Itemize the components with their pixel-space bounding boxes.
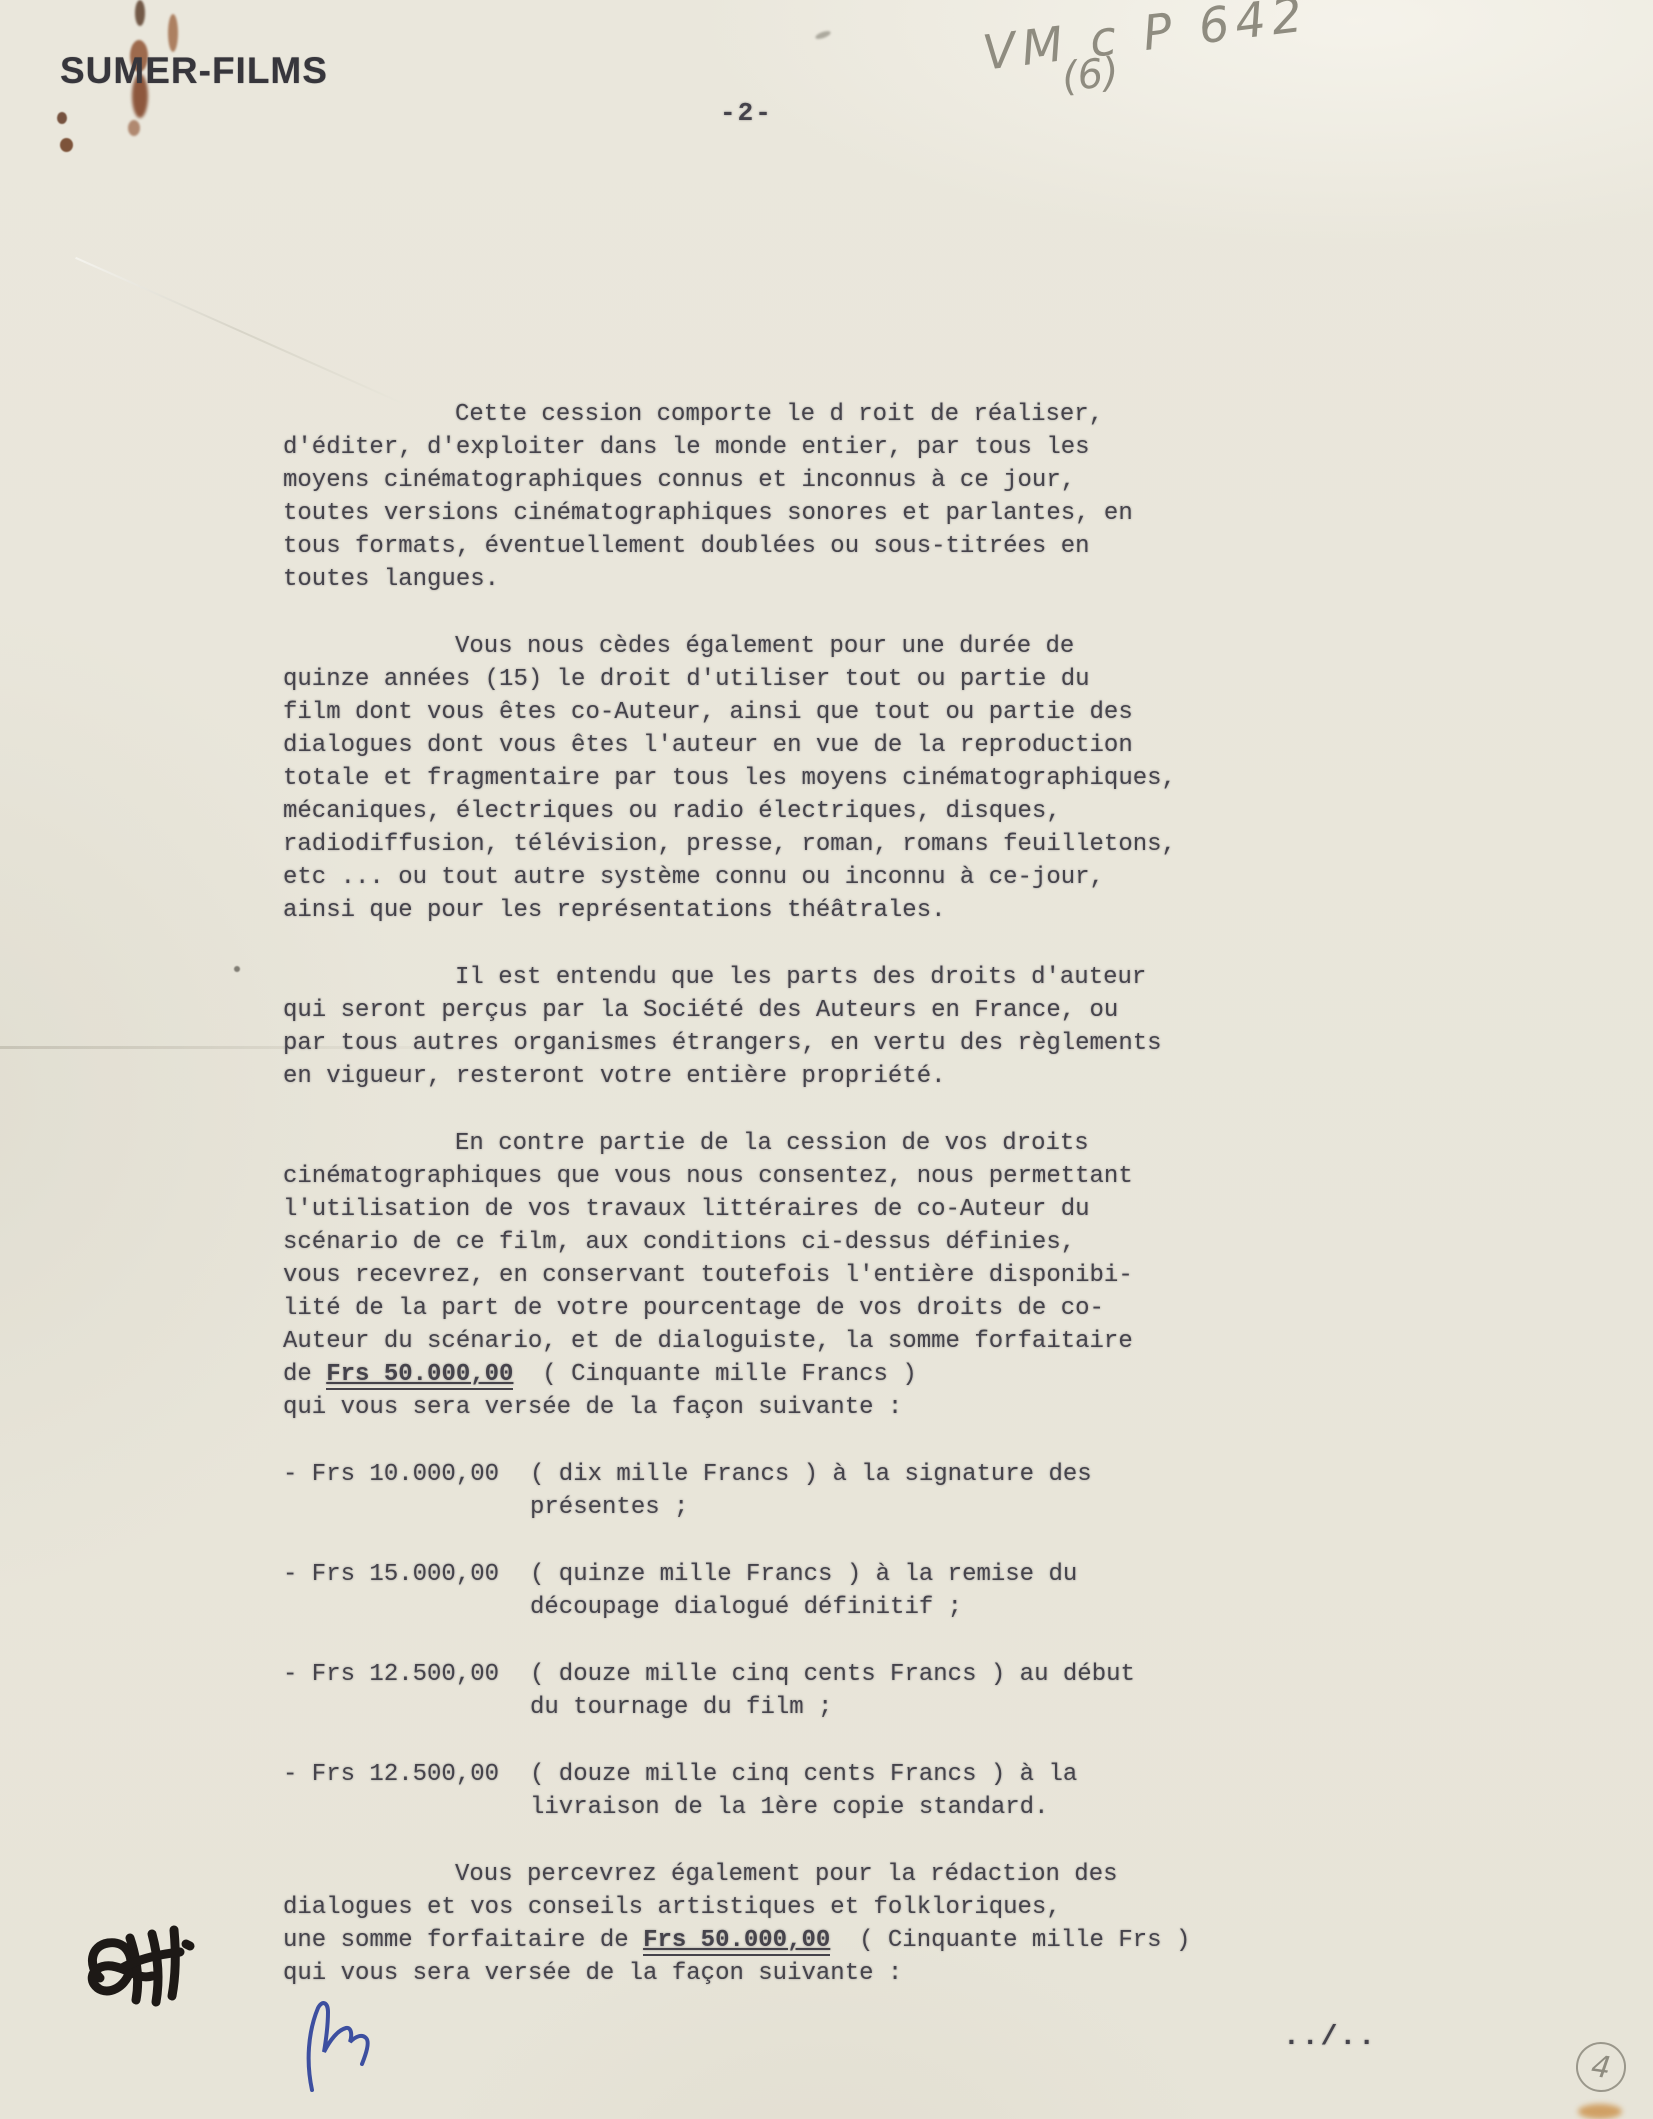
text-line: En contre partie de la cession de vos dr…	[283, 1127, 1218, 1160]
text-segment: mécaniques, électriques ou radio électri…	[283, 798, 1061, 825]
ink-stain	[128, 120, 140, 136]
pencil-circled-page-number: 4	[1573, 2039, 1629, 2095]
text-segment: par tous autres organismes étrangers, en…	[283, 1030, 1162, 1057]
text-segment: quinze années (15) le droit d'utiliser t…	[283, 666, 1090, 693]
text-line: l'utilisation de vos travaux littéraires…	[283, 1193, 1218, 1226]
text-segment: qui seront perçus par la Société des Aut…	[283, 997, 1118, 1024]
handwritten-initial-blue	[298, 1992, 388, 2097]
text-segment: en vigueur, resteront votre entière prop…	[283, 1063, 946, 1090]
text-segment: ( Cinquante mille Frs )	[830, 1927, 1190, 1954]
payment-description: ( quinze mille Francs ) à la remise dudé…	[530, 1558, 1218, 1624]
text-segment: etc ... ou tout autre système connu ou i…	[283, 864, 1104, 891]
text-line: ( douze mille cinq cents Francs ) à la	[530, 1758, 1218, 1791]
paragraph: Cette cession comporte le d roit de réal…	[283, 398, 1218, 596]
text-segment: moyens cinématographiques connus et inco…	[283, 467, 1075, 494]
page-number: -2-	[720, 98, 773, 128]
text-segment: une somme forfaitaire de	[283, 1927, 643, 1954]
text-line: Il est entendu que les parts des droits …	[283, 961, 1218, 994]
text-line: vous recevrez, en conservant toutefois l…	[283, 1259, 1218, 1292]
text-line: une somme forfaitaire de Frs 50.000,00 (…	[283, 1924, 1218, 1957]
ink-stain	[60, 138, 73, 152]
payment-item: - Frs 12.500,00( douze mille cinq cents …	[283, 1658, 1218, 1724]
text-segment: de	[283, 1361, 326, 1388]
text-segment: cinématographiques que vous nous consent…	[283, 1163, 1133, 1190]
text-line: qui vous sera versée de la façon suivant…	[283, 1391, 1218, 1424]
text-segment: dialogues dont vous êtes l'auteur en vue…	[283, 732, 1133, 759]
text-line: ( douze mille cinq cents Francs ) au déb…	[530, 1658, 1218, 1691]
text-segment: En contre partie de la cession de vos dr…	[455, 1130, 1089, 1157]
text-line: totale et fragmentaire par tous les moye…	[283, 762, 1218, 795]
text-segment: d'éditer, d'exploiter dans le monde enti…	[283, 434, 1090, 461]
text-line: Vous nous cèdes également pour une durée…	[283, 630, 1218, 663]
text-line: ainsi que pour les représentations théât…	[283, 894, 1218, 927]
text-line: ( quinze mille Francs ) à la remise du	[530, 1558, 1218, 1591]
underlined-amount: Frs 50.000,00	[643, 1927, 830, 1956]
text-segment: Vous percevrez également pour la rédacti…	[455, 1861, 1118, 1888]
text-line: de Frs 50.000,00 ( Cinquante mille Franc…	[283, 1358, 1218, 1391]
payment-description: ( douze mille cinq cents Francs ) à lali…	[530, 1758, 1218, 1824]
text-line: présentes ;	[530, 1491, 1218, 1524]
payment-item: - Frs 10.000,00( dix mille Francs ) à la…	[283, 1458, 1218, 1524]
text-segment: Vous nous cèdes également pour une durée…	[455, 633, 1074, 660]
text-line: quinze années (15) le droit d'utiliser t…	[283, 663, 1218, 696]
paragraph: Vous nous cèdes également pour une durée…	[283, 630, 1218, 927]
text-line: Cette cession comporte le d roit de réal…	[283, 398, 1218, 431]
text-segment: film dont vous êtes co-Auteur, ainsi que…	[283, 699, 1133, 726]
text-segment: dialogues et vos conseils artistiques et…	[283, 1894, 1061, 1921]
text-line: par tous autres organismes étrangers, en…	[283, 1027, 1218, 1060]
payment-description: ( douze mille cinq cents Francs ) au déb…	[530, 1658, 1218, 1724]
text-segment: Il est entendu que les parts des droits …	[455, 964, 1146, 991]
text-line: toutes versions cinématographiques sonor…	[283, 497, 1218, 530]
text-segment: toutes langues.	[283, 566, 499, 593]
ink-stain	[1578, 2104, 1622, 2119]
text-line: en vigueur, resteront votre entière prop…	[283, 1060, 1218, 1093]
paragraph: Il est entendu que les parts des droits …	[283, 961, 1218, 1093]
payment-amount: - Frs 10.000,00	[283, 1458, 530, 1524]
text-segment: ( Cinquante mille Francs )	[513, 1361, 916, 1388]
text-line: lité de la part de votre pourcentage de …	[283, 1292, 1218, 1325]
payment-amount: - Frs 15.000,00	[283, 1558, 530, 1624]
text-line: d'éditer, d'exploiter dans le monde enti…	[283, 431, 1218, 464]
text-line: dialogues dont vous êtes l'auteur en vue…	[283, 729, 1218, 762]
handwritten-initials-black	[78, 1916, 268, 2036]
text-line: Auteur du scénario, et de dialoguiste, l…	[283, 1325, 1218, 1358]
text-line: film dont vous êtes co-Auteur, ainsi que…	[283, 696, 1218, 729]
text-line: mécaniques, électriques ou radio électri…	[283, 795, 1218, 828]
text-line: livraison de la 1ère copie standard.	[530, 1791, 1218, 1824]
text-line: scénario de ce film, aux conditions ci-d…	[283, 1226, 1218, 1259]
text-line: Vous percevrez également pour la rédacti…	[283, 1858, 1218, 1891]
text-line: moyens cinématographiques connus et inco…	[283, 464, 1218, 497]
fold-crease	[75, 257, 405, 405]
text-segment: vous recevrez, en conservant toutefois l…	[283, 1262, 1133, 1289]
payment-item: - Frs 12.500,00( douze mille cinq cents …	[283, 1758, 1218, 1824]
payment-amount: - Frs 12.500,00	[283, 1758, 530, 1824]
text-line: dialogues et vos conseils artistiques et…	[283, 1891, 1218, 1924]
text-line: ( dix mille Francs ) à la signature des	[530, 1458, 1218, 1491]
text-segment: Cette cession comporte le d roit de réal…	[455, 401, 1103, 428]
text-segment: qui vous sera versée de la façon suivant…	[283, 1960, 902, 1987]
ink-stain	[814, 29, 831, 40]
paragraph: En contre partie de la cession de vos dr…	[283, 1127, 1218, 1424]
payment-amount: - Frs 12.500,00	[283, 1658, 530, 1724]
ink-stain	[168, 14, 178, 52]
text-segment: tous formats, éventuellement doublées ou…	[283, 533, 1090, 560]
pencil-archive-subcode: (6)	[1060, 49, 1121, 101]
underlined-amount: Frs 50.000,00	[326, 1361, 513, 1390]
text-line: radiodiffusion, télévision, presse, roma…	[283, 828, 1218, 861]
paragraph: Vous percevrez également pour la rédacti…	[283, 1858, 1218, 1990]
letterhead-brand: SUMER-FILMS	[60, 50, 328, 92]
ink-stain	[234, 966, 240, 972]
text-segment: radiodiffusion, télévision, presse, roma…	[283, 831, 1176, 858]
text-line: toutes langues.	[283, 563, 1218, 596]
text-line: du tournage du film ;	[530, 1691, 1218, 1724]
typed-body-text: Cette cession comporte le d roit de réal…	[283, 398, 1218, 2024]
text-segment: totale et fragmentaire par tous les moye…	[283, 765, 1176, 792]
ink-stain	[57, 112, 67, 124]
text-segment: lité de la part de votre pourcentage de …	[283, 1295, 1104, 1322]
pencil-archive-code: VM c P 642	[980, 0, 1311, 82]
payment-item: - Frs 15.000,00( quinze mille Francs ) à…	[283, 1558, 1218, 1624]
payment-description: ( dix mille Francs ) à la signature desp…	[530, 1458, 1218, 1524]
text-segment: Auteur du scénario, et de dialoguiste, l…	[283, 1328, 1133, 1355]
text-line: tous formats, éventuellement doublées ou…	[283, 530, 1218, 563]
text-segment: toutes versions cinématographiques sonor…	[283, 500, 1133, 527]
text-line: qui vous sera versée de la façon suivant…	[283, 1957, 1218, 1990]
text-line: qui seront perçus par la Société des Aut…	[283, 994, 1218, 1027]
text-line: cinématographiques que vous nous consent…	[283, 1160, 1218, 1193]
text-segment: l'utilisation de vos travaux littéraires…	[283, 1196, 1090, 1223]
ink-stain	[135, 0, 145, 26]
continuation-mark: ../..	[1283, 2022, 1377, 2053]
text-segment: scénario de ce film, aux conditions ci-d…	[283, 1229, 1075, 1256]
document-page: SUMER-FILMS VM c P 642 (6) -2- Cette ces…	[0, 0, 1653, 2119]
text-segment: qui vous sera versée de la façon suivant…	[283, 1394, 902, 1421]
text-line: découpage dialogué définitif ;	[530, 1591, 1218, 1624]
text-segment: ainsi que pour les représentations théât…	[283, 897, 946, 924]
text-line: etc ... ou tout autre système connu ou i…	[283, 861, 1218, 894]
